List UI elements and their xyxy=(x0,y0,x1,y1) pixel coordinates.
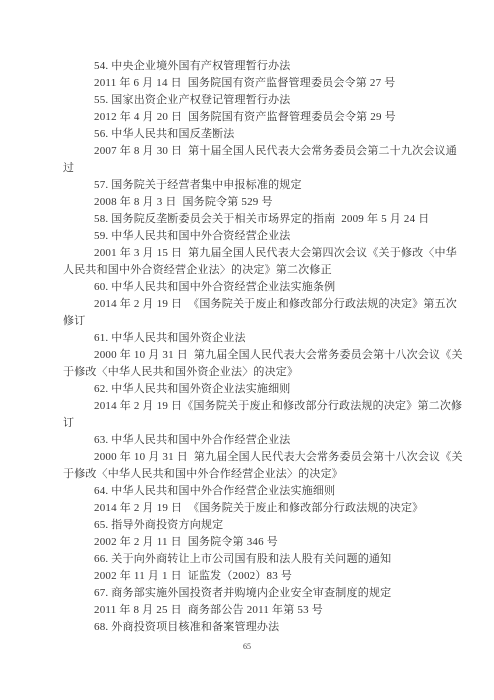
text-line: 65. 指导外商投资方向规定 xyxy=(63,517,435,534)
document-page: 54. 中央企业境外国有产权管理暂行办法2011 年 6 月 14 日 国务院国… xyxy=(0,0,494,700)
text-line: 62. 中华人民共和国外资企业法实施细则 xyxy=(63,381,435,398)
text-line: 于修改〈中华人民共和国中外合作经营企业法〉的决定》 xyxy=(63,466,435,483)
text-line: 2002 年 11 月 1 日 证监发（2002）83 号 xyxy=(63,568,435,585)
text-line: 人民共和国中外合资经营企业法〉的决定》第二次修正 xyxy=(63,262,435,279)
text-line: 2008 年 8 月 3 日 国务院令第 529 号 xyxy=(63,194,435,211)
text-line: 58. 国务院反垄断委员会关于相关市场界定的指南 2009 年 5 月 24 日 xyxy=(63,211,435,228)
text-line: 2011 年 8 月 25 日 商务部公告 2011 年第 53 号 xyxy=(63,602,435,619)
text-line: 2000 年 10 月 31 日 第九届全国人民代表大会常务委员会第十八次会议《… xyxy=(63,347,435,364)
page-number: 65 xyxy=(0,641,494,652)
text-line: 订 xyxy=(63,415,435,432)
text-line: 2014 年 2 月 19 日 《国务院关于废止和修改部分行政法规的决定》 xyxy=(63,500,435,517)
text-line: 过 xyxy=(63,160,435,177)
text-line: 2014 年 2 月 19 日 《国务院关于废止和修改部分行政法规的决定》第五次 xyxy=(63,296,435,313)
text-line: 60. 中华人民共和国中外合资经营企业法实施条例 xyxy=(63,279,435,296)
text-line: 67. 商务部实施外国投资者并购境内企业安全审查制度的规定 xyxy=(63,585,435,602)
text-line: 2001 年 3 月 15 日 第九届全国人民代表大会第四次会议《关于修改〈中华 xyxy=(63,245,435,262)
text-line: 63. 中华人民共和国中外合作经营企业法 xyxy=(63,432,435,449)
text-line: 修订 xyxy=(63,313,435,330)
text-line: 55. 国家出资企业产权登记管理暂行办法 xyxy=(63,92,435,109)
text-line: 54. 中央企业境外国有产权管理暂行办法 xyxy=(63,58,435,75)
text-line: 2007 年 8 月 30 日 第十届全国人民代表大会常务委员会第二十九次会议通 xyxy=(63,143,435,160)
text-line: 59. 中华人民共和国中外合资经营企业法 xyxy=(63,228,435,245)
text-line: 2011 年 6 月 14 日 国务院国有资产监督管理委员会令第 27 号 xyxy=(63,75,435,92)
regulation-list: 54. 中央企业境外国有产权管理暂行办法2011 年 6 月 14 日 国务院国… xyxy=(63,58,435,636)
text-line: 2000 年 10 月 31 日 第九届全国人民代表大会常务委员会第十八次会议《… xyxy=(63,449,435,466)
text-line: 2002 年 2 月 11 日 国务院令第 346 号 xyxy=(63,534,435,551)
text-line: 68. 外商投资项目核准和备案管理办法 xyxy=(63,619,435,636)
text-line: 64. 中华人民共和国中外合作经营企业法实施细则 xyxy=(63,483,435,500)
text-line: 61. 中华人民共和国外资企业法 xyxy=(63,330,435,347)
text-line: 66. 关于向外商转让上市公司国有股和法人股有关问题的通知 xyxy=(63,551,435,568)
text-line: 56. 中华人民共和国反垄断法 xyxy=(63,126,435,143)
text-line: 57. 国务院关于经营者集中申报标准的规定 xyxy=(63,177,435,194)
text-line: 于修改〈中华人民共和国外资企业法〉的决定》 xyxy=(63,364,435,381)
text-line: 2012 年 4 月 20 日 国务院国有资产监督管理委员会令第 29 号 xyxy=(63,109,435,126)
text-line: 2014 年 2 月 19 日《国务院关于废止和修改部分行政法规的决定》第二次修 xyxy=(63,398,435,415)
